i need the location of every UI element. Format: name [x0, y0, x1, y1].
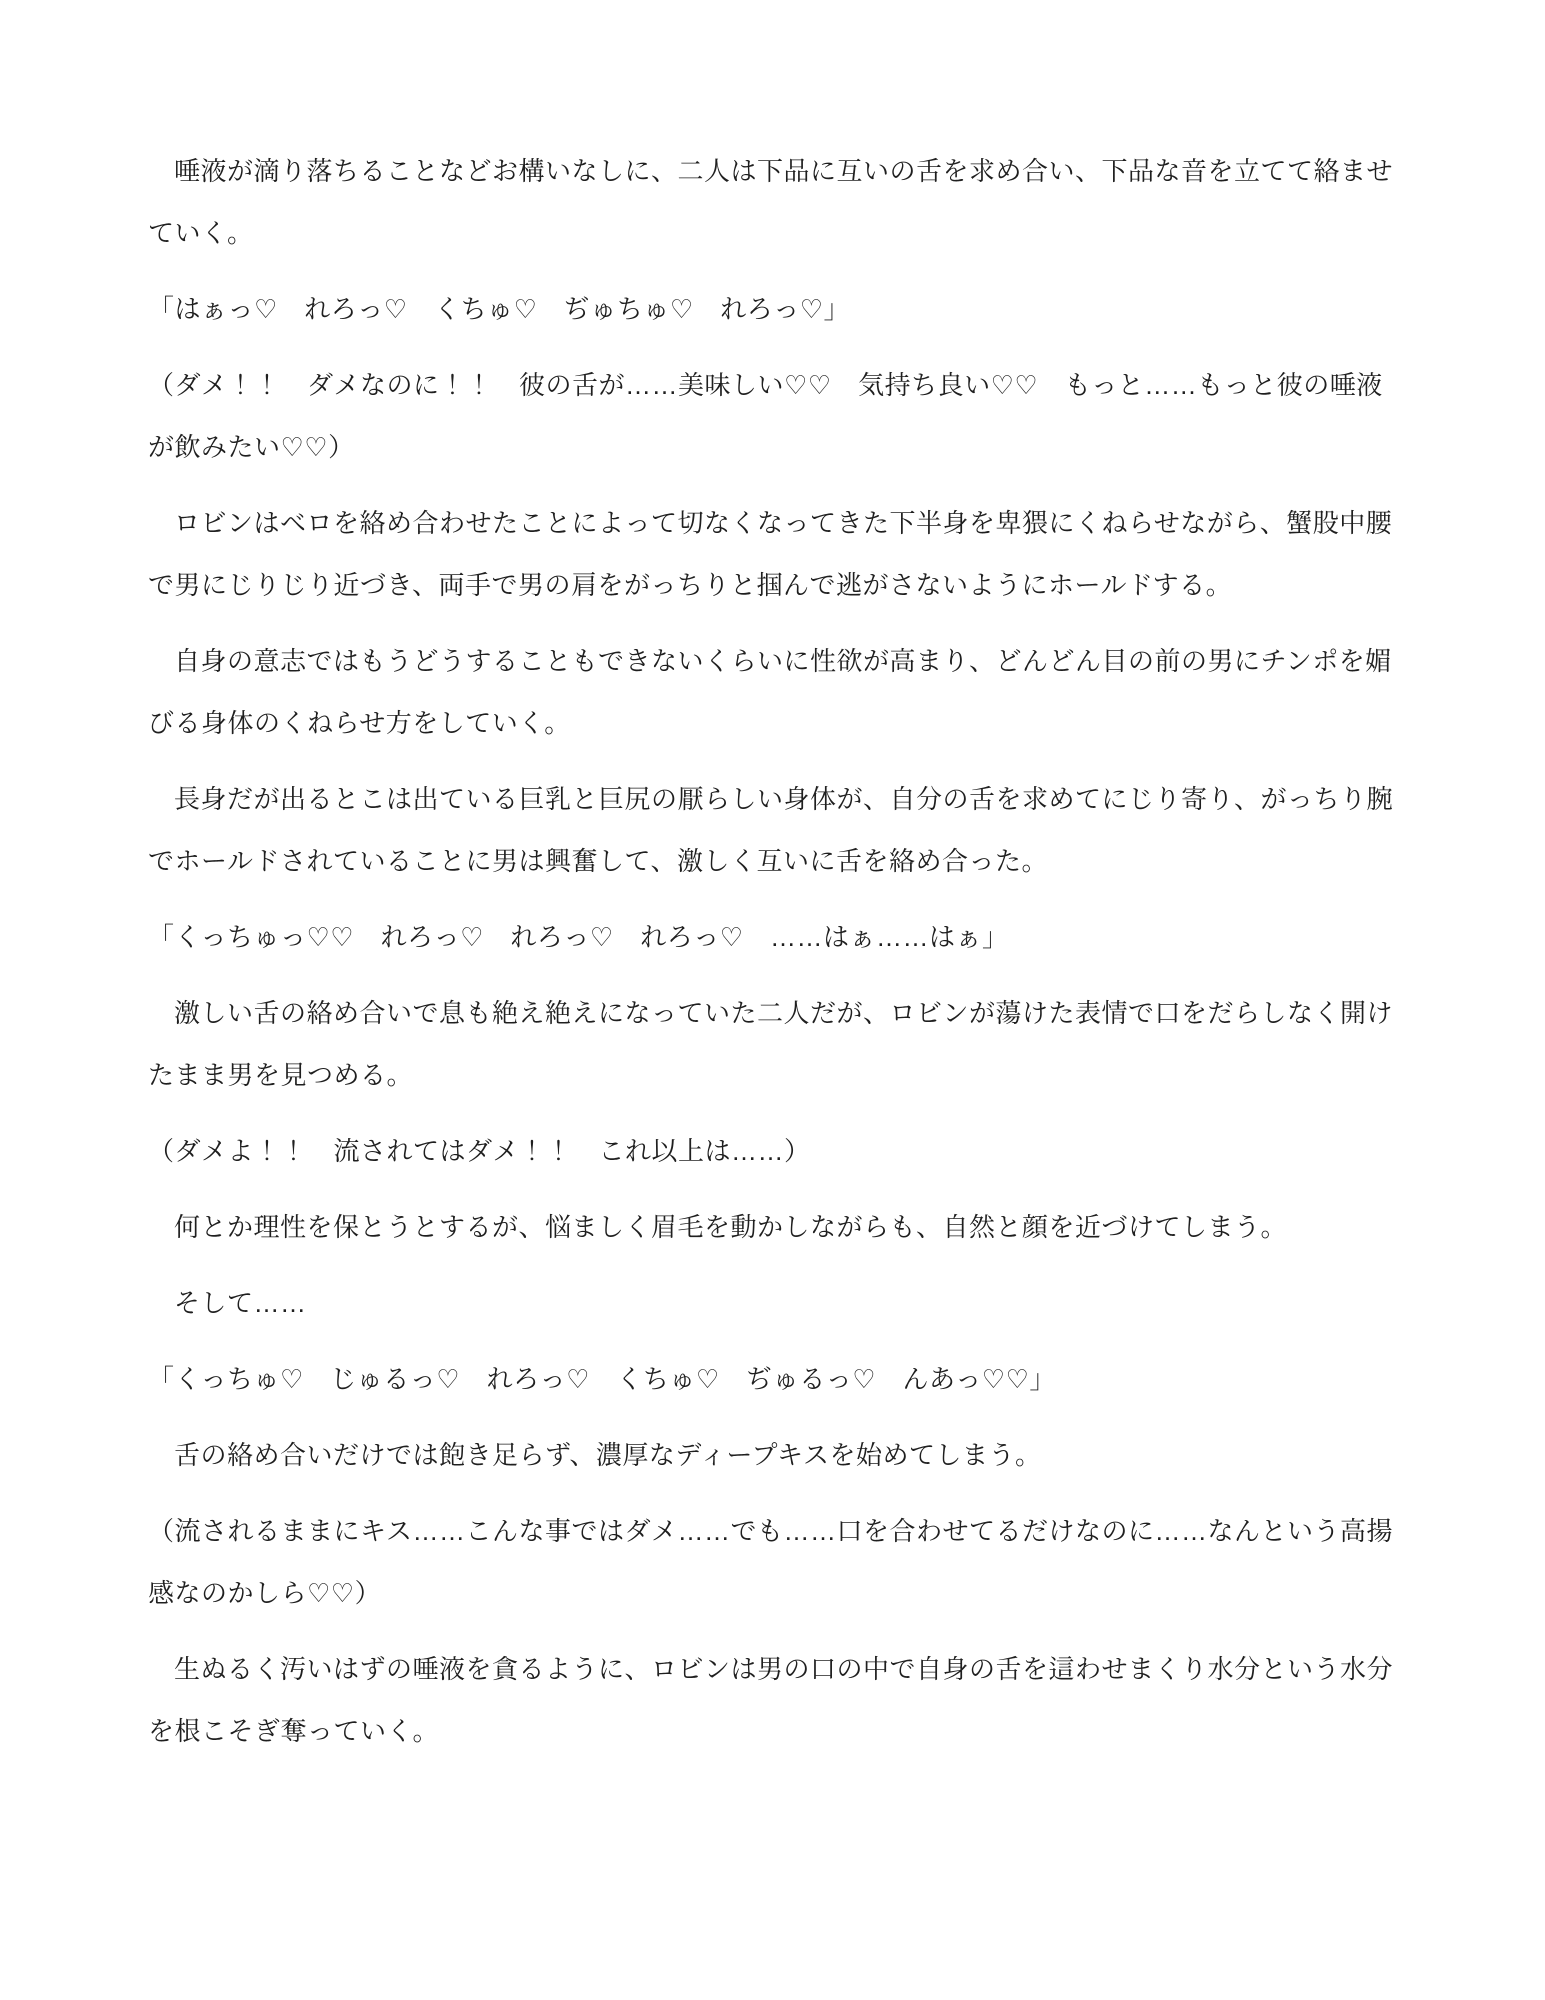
paragraph-narration: 何とか理性を保とうとするが、悩ましく眉毛を動かしながらも、自然と顔を近づけてしま…	[148, 1196, 1400, 1258]
paragraph-narration: そして……	[148, 1272, 1400, 1334]
paragraph-narration: 生ぬるく汚いはずの唾液を貪るように、ロビンは男の口の中で自身の舌を這わせまくり水…	[148, 1638, 1400, 1762]
paragraph-thought: （流されるままにキス……こんな事ではダメ……でも……口を合わせてるだけなのに………	[148, 1500, 1400, 1624]
paragraph-narration: 自身の意志ではもうどうすることもできないくらいに性欲が高まり、どんどん目の前の男…	[148, 630, 1400, 754]
paragraph-dialogue: 「はぁっ♡ れろっ♡ くちゅ♡ ぢゅちゅ♡ れろっ♡」	[148, 278, 1400, 340]
paragraph-narration: 唾液が滴り落ちることなどお構いなしに、二人は下品に互いの舌を求め合い、下品な音を…	[148, 140, 1400, 264]
paragraph-narration: 激しい舌の絡め合いで息も絶え絶えになっていた二人だが、ロビンが蕩けた表情で口をだ…	[148, 982, 1400, 1106]
paragraph-thought: （ダメよ！！ 流されてはダメ！！ これ以上は……）	[148, 1120, 1400, 1182]
paragraph-thought: （ダメ！！ ダメなのに！！ 彼の舌が……美味しい♡♡ 気持ち良い♡♡ もっと………	[148, 354, 1400, 478]
paragraph-dialogue: 「くっちゅ♡ じゅるっ♡ れろっ♡ くちゅ♡ ぢゅるっ♡ んあっ♡♡」	[148, 1348, 1400, 1410]
document-page: 唾液が滴り落ちることなどお構いなしに、二人は下品に互いの舌を求め合い、下品な音を…	[0, 0, 1545, 2000]
paragraph-narration: 長身だが出るとこは出ている巨乳と巨尻の厭らしい身体が、自分の舌を求めてにじり寄り…	[148, 768, 1400, 892]
paragraph-narration: ロビンはベロを絡め合わせたことによって切なくなってきた下半身を卑猥にくねらせなが…	[148, 492, 1400, 616]
paragraph-narration: 舌の絡め合いだけでは飽き足らず、濃厚なディープキスを始めてしまう。	[148, 1424, 1400, 1486]
paragraph-dialogue: 「くっちゅっ♡♡ れろっ♡ れろっ♡ れろっ♡ ……はぁ……はぁ」	[148, 906, 1400, 968]
